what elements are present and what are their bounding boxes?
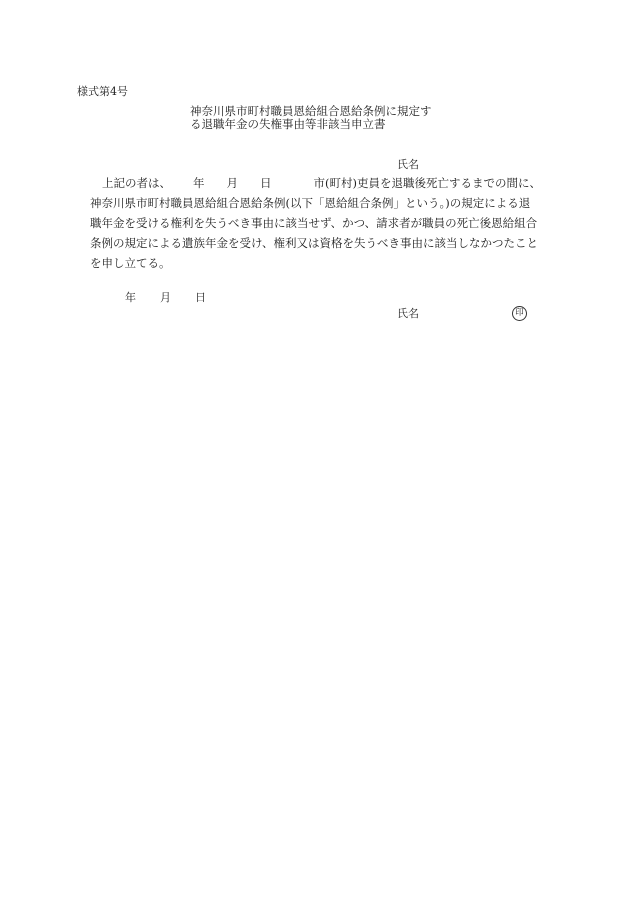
retire-month-label: 月 xyxy=(227,176,239,190)
body-line-3: 職年金を受ける権利を失うべき事由に該当せず、かつ、請求者が職員の死亡後恩給組合 xyxy=(90,213,552,233)
retire-day-label: 日 xyxy=(260,176,272,190)
date-day-label: 日 xyxy=(195,291,206,305)
title-line-2: る退職年金の失権事由等非該当申立書 xyxy=(190,118,432,131)
body-prefix: 上記の者は、 xyxy=(102,176,171,190)
signature-name-label: 氏名 xyxy=(397,307,419,321)
declaration-date: 年月日 xyxy=(125,291,206,305)
applicant-name-label: 氏名 xyxy=(397,158,419,172)
declaration-body: 上記の者は、年月日市(町村)吏員を退職後死亡するまでの間に、 神奈川県市町村職員… xyxy=(90,173,552,273)
date-year-label: 年 xyxy=(125,291,136,305)
seal-icon: 印 xyxy=(512,306,527,321)
retire-year-label: 年 xyxy=(193,176,205,190)
date-month-label: 月 xyxy=(160,291,171,305)
body-suffix: 市(町村)吏員を退職後死亡するまでの間に、 xyxy=(314,176,541,190)
form-number: 様式第4号 xyxy=(77,85,128,99)
document-title: 神奈川県市町村職員恩給組合恩給条例に規定す る退職年金の失権事由等非該当申立書 xyxy=(190,105,432,131)
body-line-2: 神奈川県市町村職員恩給組合恩給条例(以下「恩給組合条例」という。)の規定による退 xyxy=(90,193,552,213)
body-line-1: 上記の者は、年月日市(町村)吏員を退職後死亡するまでの間に、 xyxy=(90,173,552,193)
body-line-4: 条例の規定による遺族年金を受け、権利又は資格を失うべき事由に該当しなかつたこと xyxy=(90,233,552,253)
body-line-5: を申し立てる。 xyxy=(90,253,552,273)
